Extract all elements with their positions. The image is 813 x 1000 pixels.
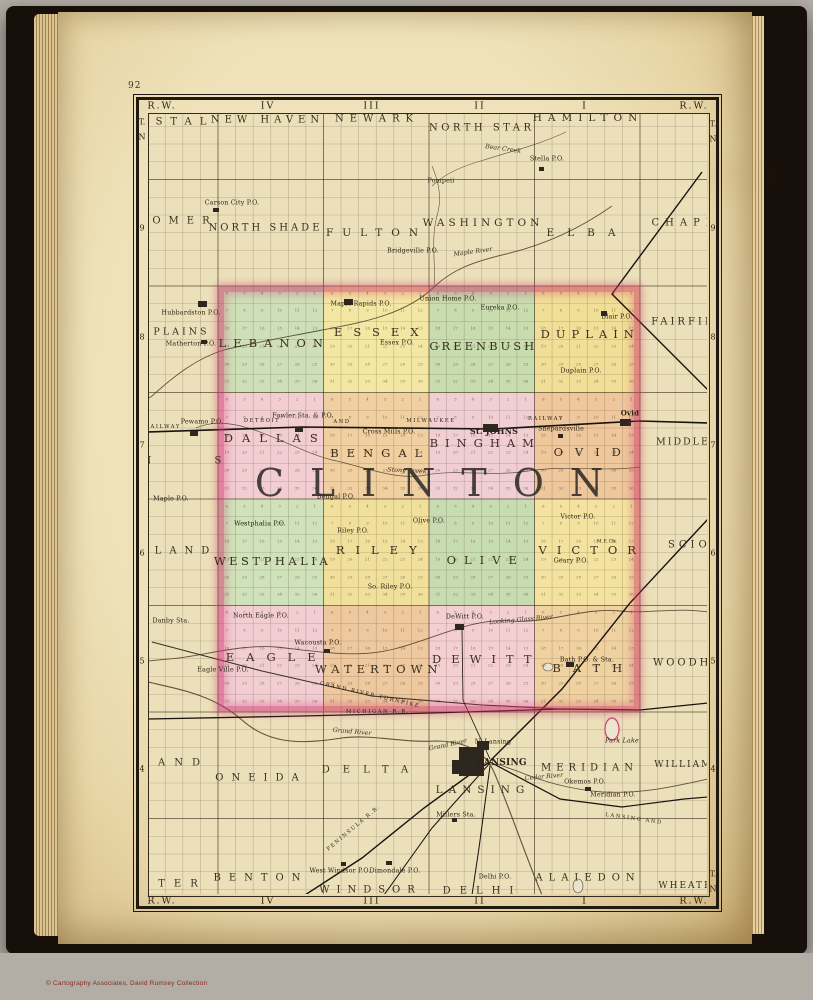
meridian-label-bottom-r-w: R.W. (679, 896, 708, 907)
meridian-label-top-r-w: R.W. (679, 101, 708, 112)
meridian-label-top-i: I (582, 101, 588, 112)
tier-number-right-7: 7 (710, 441, 715, 450)
tier-number-right-5: 5 (710, 657, 715, 666)
corner-label-t: T. (710, 870, 717, 879)
tier-number-right-6: 6 (710, 549, 715, 558)
tier-number-left-9: 9 (139, 224, 144, 233)
tier-number-right-8: 8 (710, 333, 715, 342)
meridian-label-top-iv: IV (261, 101, 276, 112)
scanned-atlas-photo: 92 (0, 0, 813, 1000)
tier-number-left-8: 8 (139, 333, 144, 342)
copyright-notice: © Cartography Associates, David Rumsey C… (46, 980, 207, 987)
meridian-label-top-r-w: R.W. (147, 101, 176, 112)
photo-background-strip: © Cartography Associates, David Rumsey C… (0, 953, 813, 1000)
meridian-label-bottom-iii: III (363, 896, 380, 907)
corner-label-n: N (710, 885, 717, 894)
meridian-label-top-ii: II (474, 101, 486, 112)
corner-label-t: T. (139, 118, 146, 127)
page-number: 92 (128, 81, 141, 91)
tier-number-left-7: 7 (139, 441, 144, 450)
tier-number-right-4: 4 (710, 765, 715, 774)
meridian-label-bottom-ii: II (474, 896, 486, 907)
meridian-label-bottom-i: I (582, 896, 588, 907)
corner-label-n: N (710, 135, 717, 144)
corner-label-n: N (139, 133, 146, 142)
map-outer-frame (136, 97, 719, 909)
corner-label-t: T. (710, 120, 717, 129)
meridian-label-top-iii: III (363, 101, 380, 112)
tier-number-right-9: 9 (710, 224, 715, 233)
page-stack-edges-right (750, 16, 764, 934)
tier-number-left-4: 4 (139, 765, 144, 774)
tier-number-left-6: 6 (139, 549, 144, 558)
tier-number-left-5: 5 (139, 657, 144, 666)
meridian-label-bottom-iv: IV (261, 896, 276, 907)
meridian-label-bottom-r-w: R.W. (147, 896, 176, 907)
